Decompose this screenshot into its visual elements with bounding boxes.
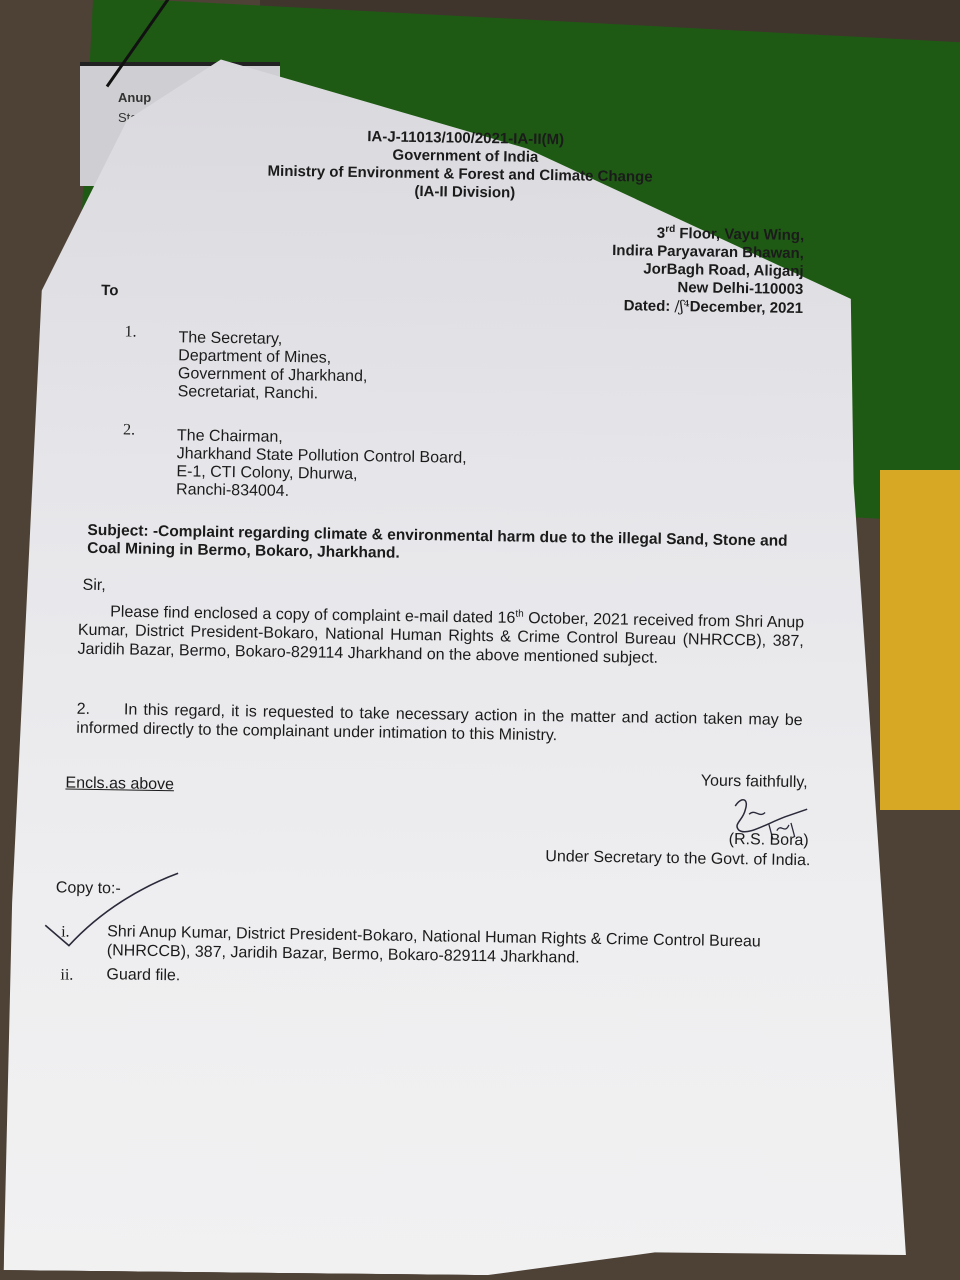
signatory-title: Under Secretary to the Govt. of India. [494,846,810,870]
recipient-number-2: 2. [123,420,135,439]
recipient-1: The Secretary, Department of Mines, Gove… [178,329,539,407]
handwritten-date-icon: /ʃ⁴ [674,297,689,315]
recipient-2: The Chairman, Jharkhand State Pollution … [176,427,517,504]
body-paragraph-2: 2.In this regard, it is requested to tak… [76,700,803,749]
dated-line: Dated: /ʃ⁴December, 2021 [563,295,803,318]
copy-to-item-2: Guard file. [106,965,816,995]
copy-to-item-1: Shri Anup Kumar, District President-Boka… [107,922,818,971]
copy-to-number-1: i. [61,922,70,941]
subject-line: Subject: -Complaint regarding climate & … [87,522,807,569]
body-paragraph-1: Please find enclosed a copy of complaint… [77,598,804,671]
salutation: Sir, [82,576,105,595]
signoff: Yours faithfully, [525,769,807,792]
to-label: To [101,281,119,300]
recipient-number-1: 1. [124,322,136,341]
copy-to-number-2: ii. [60,965,73,984]
letter-header: IA-J-11013/100/2021-IA-II(M) Government … [245,126,686,205]
sender-address: 3rd Floor, Vayu Wing, Indira Paryavaran … [563,219,804,318]
enclosure-note: Encls.as above [65,774,174,795]
letter-document: IA-J-11013/100/2021-IA-II(M) Government … [0,0,960,1280]
